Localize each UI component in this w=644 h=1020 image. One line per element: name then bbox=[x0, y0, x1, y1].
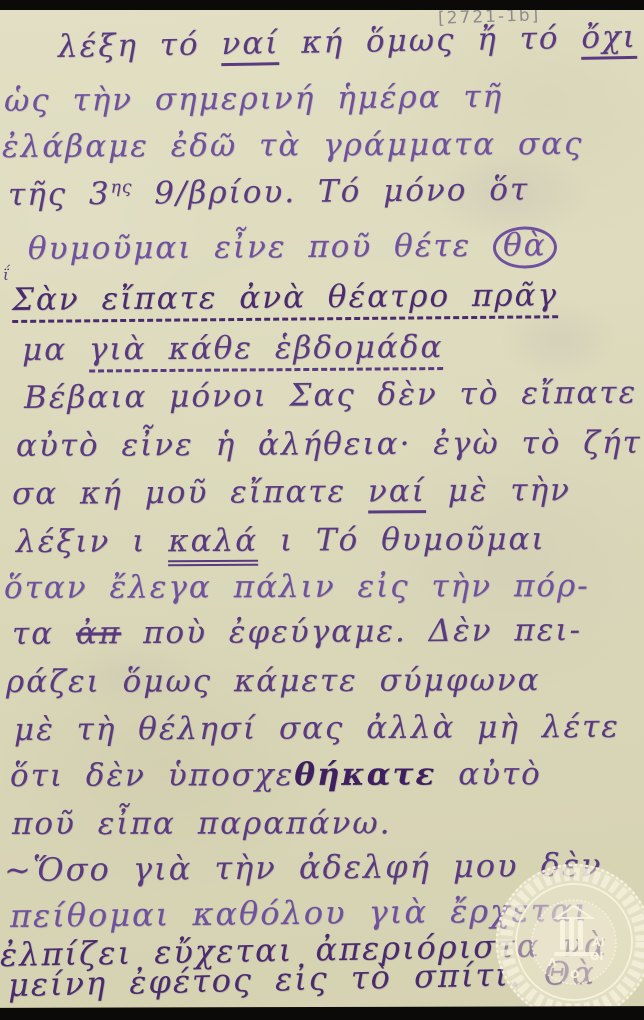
handwriting-line-15: μὲ τὴ θέλησί σας ἀλλὰ μὴ λέτε bbox=[14, 710, 620, 748]
handwriting-line-13: τα ἀπ ποὺ ἐφεύγαμε. Δὲν πει- bbox=[12, 613, 582, 652]
handwriting-line-16: ὅτι δὲν ὑποσχεθήκατε αὐτὸ bbox=[10, 757, 542, 794]
handwriting-line-4: τῆς 3ης 9/βρίου. Τό μόνο ὅτ bbox=[8, 173, 529, 213]
seal-letter-3: Λ bbox=[548, 956, 557, 969]
scan-edge-top bbox=[0, 0, 644, 10]
handwriting-line-3: ἐλάβαμε ἐδῶ τὰ γράμματα σας bbox=[2, 127, 584, 165]
handwriting-line-2: ὡς τὴν σημερινή ἡμέρα τῆ bbox=[4, 80, 503, 119]
scan-edge-bottom bbox=[0, 1006, 644, 1020]
handwriting-line-1: λέξη τό ναί κή ὅμως ἤ τό ὄχι bbox=[58, 20, 638, 65]
handwriting-line-14: ράζει ὅμως κάμετε σύμφωνα bbox=[6, 663, 541, 700]
seal-letter-4: Ο bbox=[570, 968, 579, 981]
handwriting-line-8: Βέβαια μόνοι Σας δὲν τὸ εἴπατε bbox=[24, 376, 637, 416]
seal-letter-2: ΘΙ bbox=[590, 950, 603, 963]
handwriting-line-17: ποῦ εἶπα παραπάνω. bbox=[12, 806, 392, 841]
scanned-letter-page: [2721-1b] ΐ λέξη τό ναί κή ὅμως ἤ τό ὄχι… bbox=[0, 0, 644, 1020]
handwriting-line-10: σα κή μοῦ εἴπατε ναί μὲ τὴν bbox=[12, 473, 571, 512]
handwriting-line-6: Σὰν εἴπατε ἀνὰ θέατρο πρᾶγ bbox=[12, 278, 558, 317]
margin-note: ΐ bbox=[3, 266, 9, 284]
embossed-seal: ΑΙ ΘΙ Λ Ο bbox=[492, 860, 644, 1020]
handwriting-line-11: λέξιν ι καλά ι Τό θυμοῦμαι bbox=[16, 522, 546, 559]
seal-letter-1: ΑΙ bbox=[592, 936, 605, 949]
handwriting-line-12: ὅταν ἔλεγα πάλιν εἰς τὴν πόρ- bbox=[4, 569, 590, 606]
handwriting-line-7: μα γιὰ κάθε ἑβδομάδα bbox=[22, 330, 444, 368]
handwriting-line-9: αὐτὸ εἶνε ἡ ἀλήθεια· ἐγὼ τὸ ζήτη- bbox=[16, 426, 644, 464]
seal-graphic: ΑΙ ΘΙ Λ Ο bbox=[492, 860, 644, 1020]
handwriting-line-5: θυμοῦμαι εἶνε ποῦ θέτε θὰ bbox=[28, 226, 557, 272]
